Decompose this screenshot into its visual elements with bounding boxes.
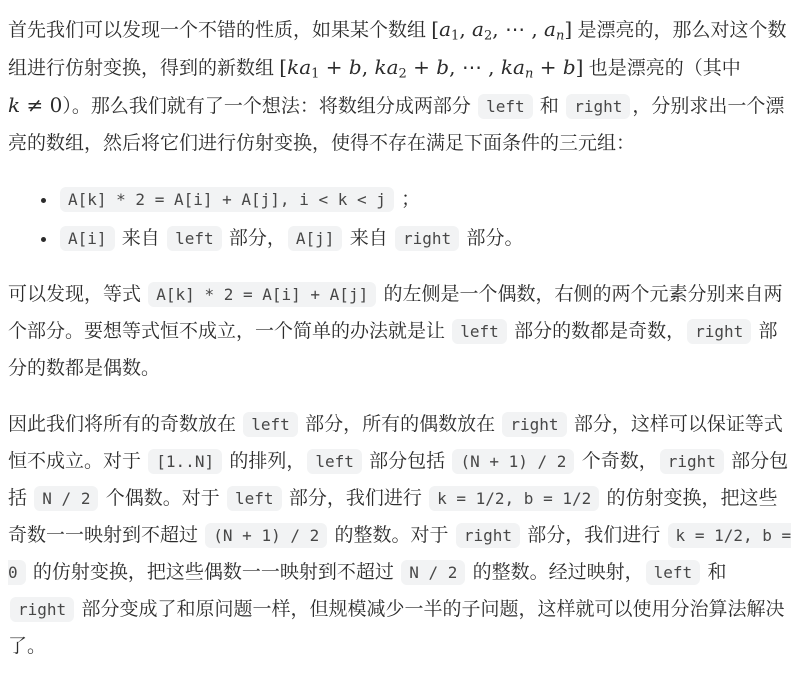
inline-code: A[k] * 2 = A[i] + A[j], i < k < j bbox=[60, 187, 394, 212]
inline-math: [a1, a2, ⋯ , an] bbox=[431, 17, 572, 41]
inline-code: [1..N] bbox=[148, 449, 222, 474]
inline-code: right bbox=[502, 412, 566, 437]
inline-math: k ≠ 0 bbox=[8, 93, 62, 117]
bullet-item: A[k] * 2 = A[i] + A[j], i < k < j ； bbox=[58, 181, 796, 218]
inline-code: A[j] bbox=[288, 226, 343, 251]
inline-code: N / 2 bbox=[401, 560, 465, 585]
inline-code: right bbox=[395, 226, 459, 251]
inline-code: (N + 1) / 2 bbox=[452, 449, 574, 474]
paragraph: 首先我们可以发现一个不错的性质，如果某个数组 [a1, a2, ⋯ , an] … bbox=[8, 11, 796, 162]
bullet-item: A[i] 来自 left 部分，A[j] 来自 right 部分。 bbox=[58, 220, 796, 257]
bullet-list: A[k] * 2 = A[i] + A[j], i < k < j ；A[i] … bbox=[8, 181, 796, 257]
inline-code: left bbox=[307, 449, 362, 474]
inline-code: A[k] * 2 = A[i] + A[j] bbox=[148, 282, 376, 307]
inline-code: left bbox=[167, 226, 222, 251]
inline-code: N / 2 bbox=[34, 486, 98, 511]
inline-code: A[i] bbox=[60, 226, 115, 251]
inline-math: [ka1 + b, ka2 + b, ⋯ , kan + b] bbox=[279, 55, 583, 79]
inline-code: right bbox=[687, 319, 751, 344]
inline-code: left bbox=[646, 560, 701, 585]
paragraph: 因此我们将所有的奇数放在 left 部分，所有的偶数放在 right 部分，这样… bbox=[8, 406, 796, 665]
inline-code: left bbox=[243, 412, 298, 437]
inline-code: k = 1/2, b = 1/2 bbox=[429, 486, 599, 511]
document-body: 首先我们可以发现一个不错的性质，如果某个数组 [a1, a2, ⋯ , an] … bbox=[0, 0, 804, 690]
page: { "page": { "background_color": "#ffffff… bbox=[0, 0, 804, 690]
inline-code: right bbox=[660, 449, 724, 474]
inline-code: (N + 1) / 2 bbox=[205, 523, 327, 548]
paragraph: 可以发现，等式 A[k] * 2 = A[i] + A[j] 的左侧是一个偶数，… bbox=[8, 276, 796, 387]
inline-code: right bbox=[10, 597, 74, 622]
inline-code: left bbox=[478, 94, 533, 119]
inline-code: left bbox=[227, 486, 282, 511]
inline-code: right bbox=[566, 94, 630, 119]
inline-code: left bbox=[452, 319, 507, 344]
inline-code: right bbox=[456, 523, 520, 548]
